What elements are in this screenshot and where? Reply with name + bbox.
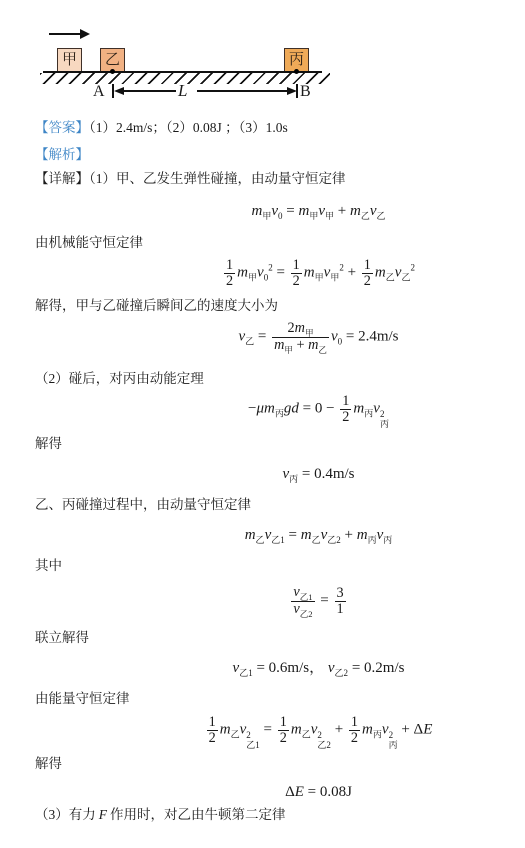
equation-momentum-conservation-jia-yi: m甲v0 = m甲v甲 + m乙v乙: [0, 202, 525, 221]
equation-kinetic-energy-conservation: 12m甲v02 = 12m甲v甲2 + 12m乙v乙2: [0, 258, 525, 290]
analysis-line: 【解析】: [35, 147, 525, 162]
contact-point-a-dot: [110, 69, 115, 74]
equation-velocity-ratio: v乙1v乙2 = 31: [0, 585, 525, 619]
equation-energy-conservation-delta-e: 12m乙v2乙1 = 12m乙v2乙2 + 12m丙v2丙 + ΔE: [0, 715, 525, 751]
line-mech-energy: 由机械能守恒定律: [35, 235, 525, 250]
equation-v-yi1-yi2-results: v乙1 = 0.6m/s， v乙2 = 0.2m/s: [0, 659, 525, 678]
solution-page: 甲 乙 丙 A L B 【答案】（1）2.4m/s；（2）0.08J ；（3）1…: [0, 0, 525, 822]
block-yi-label: 乙: [105, 53, 120, 68]
velocity-arrow-icon: [49, 33, 80, 35]
line-part3-post: 作用时，对乙由牛顿第二定律: [110, 807, 286, 822]
line-solve-2: 解得: [35, 756, 525, 771]
line-part3-pre: （3）有力: [35, 807, 96, 822]
equation-momentum-conservation-yi-bing: m乙v乙1 = m乙v乙2 + m丙v丙: [0, 526, 525, 545]
dimension-line-right: [197, 90, 287, 92]
distance-label: L: [178, 81, 187, 101]
line-joint-solve: 联立解得: [35, 630, 525, 645]
line-energy-conservation: 由能量守恒定律: [35, 691, 525, 706]
block-bing-label: 丙: [289, 53, 304, 68]
block-jia: 甲: [57, 48, 82, 72]
line-part3: （3）有力F作用时，对乙由牛顿第二定律: [35, 807, 525, 822]
block-jia-label: 甲: [62, 53, 77, 68]
line-yi-bing-collision: 乙、丙碰撞过程中，由动量守恒定律: [35, 497, 525, 512]
physics-diagram: 甲 乙 丙 A L B: [0, 0, 525, 110]
detail-line: 【详解】（1）甲、乙发生弹性碰撞，由动量守恒定律: [35, 171, 525, 186]
line-solve-v-yi: 解得，甲与乙碰撞后瞬间乙的速度大小为: [35, 298, 525, 313]
force-f-symbol: F: [99, 807, 107, 822]
answer-label: 【答案】: [35, 120, 89, 135]
velocity-arrowhead-icon: [80, 29, 90, 39]
line-part2: （2）碰后，对丙由动能定理: [35, 371, 525, 386]
answer-text: （1）2.4m/s；（2）0.08J ；（3）1.0s: [89, 120, 288, 135]
line-solve-1: 解得: [35, 436, 525, 451]
point-a-label: A: [93, 83, 105, 101]
dimension-tick-right: [296, 84, 298, 98]
equation-work-energy-bing: −μm丙gd = 0 − 12m丙v2丙: [0, 394, 525, 430]
line-among: 其中: [35, 558, 525, 573]
analysis-label: 【解析】: [35, 147, 89, 162]
equation-delta-e-result: ΔE = 0.08J: [0, 783, 525, 801]
answer-line: 【答案】（1）2.4m/s；（2）0.08J ；（3）1.0s: [35, 120, 525, 135]
dimension-line-left: [123, 90, 176, 92]
equation-v-bing-result: v丙 = 0.4m/s: [0, 465, 525, 484]
detail-label: 【详解】: [35, 171, 89, 186]
contact-point-b-dot: [294, 69, 299, 74]
equation-v-yi-result: v乙 = 2m甲m甲 + m乙v0 = 2.4m/s: [0, 321, 525, 355]
detail-text: （1）甲、乙发生弹性碰撞，由动量守恒定律: [89, 171, 346, 186]
point-b-label: B: [300, 83, 311, 101]
